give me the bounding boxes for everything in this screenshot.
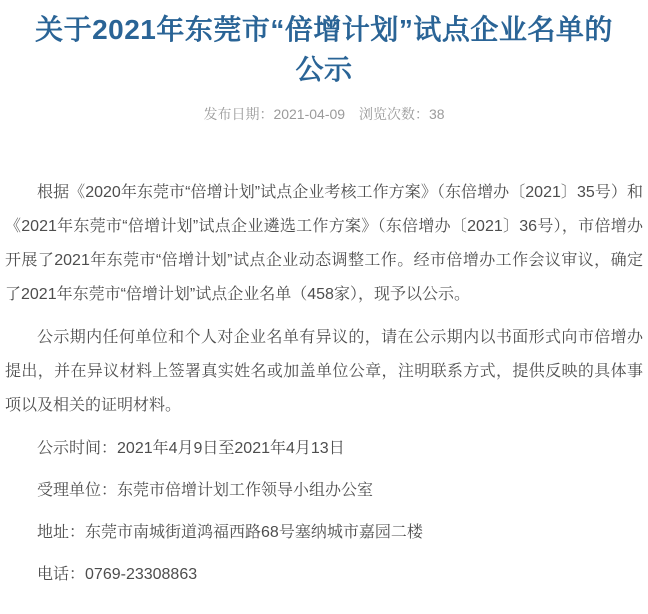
publicity-period-label: 公示时间：: [37, 440, 117, 457]
phone-label: 电话：: [37, 566, 85, 583]
paragraph-basis: 根据《2020年东莞市“倍增计划”试点企业考核工作方案》（东倍增办〔2021〕3…: [5, 176, 643, 312]
info-line-accepting-unit: 受理单位：东莞市倍增计划工作领导小组办公室: [5, 474, 643, 508]
publicity-period-value: 2021年4月9日至2021年4月13日: [117, 440, 345, 457]
info-line-address: 地址：东莞市南城街道鸿福西路68号塞纳城市嘉园二楼: [5, 516, 643, 550]
announcement-body: 根据《2020年东莞市“倍增计划”试点企业考核工作方案》（东倍增办〔2021〕3…: [5, 176, 643, 592]
views-value: 38: [429, 106, 445, 122]
info-line-publicity-period: 公示时间：2021年4月9日至2021年4月13日: [5, 432, 643, 466]
page-title: 关于2021年东莞市“倍增计划”试点企业名单的公示: [24, 10, 624, 90]
address-value: 东莞市南城街道鸿福西路68号塞纳城市嘉园二楼: [85, 524, 423, 541]
paragraph-objection: 公示期内任何单位和个人对企业名单有异议的，请在公示期内以书面形式向市倍增办提出，…: [5, 321, 643, 423]
announcement-page: 关于2021年东莞市“倍增计划”试点企业名单的公示 发布日期：2021-04-0…: [0, 0, 648, 614]
publish-date-value: 2021-04-09: [273, 106, 345, 122]
phone-value: 0769-23308863: [85, 566, 197, 583]
meta-line: 发布日期：2021-04-09 浏览次数：38: [5, 104, 643, 124]
views-label: 浏览次数：: [359, 106, 429, 122]
accepting-unit-value: 东莞市倍增计划工作领导小组办公室: [117, 482, 373, 499]
accepting-unit-label: 受理单位：: [37, 482, 117, 499]
publish-date-label: 发布日期：: [203, 106, 273, 122]
address-label: 地址：: [37, 524, 85, 541]
